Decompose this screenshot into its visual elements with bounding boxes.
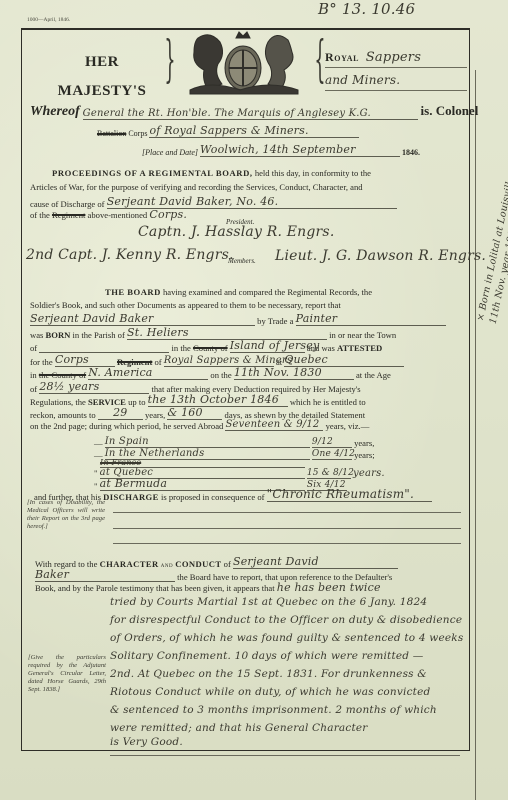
soldier-name: Serjeant David Baker — [30, 312, 255, 326]
circular-letter-note: [Give the particulars required by the Ad… — [28, 654, 106, 694]
born-line: was BORN in the Parish of St. Heliers in… — [30, 326, 396, 340]
colonel-label: is. Colonel — [421, 103, 479, 118]
abroad-label: on the 2nd page; during which period, he… — [30, 421, 223, 431]
medical-report-line — [113, 512, 461, 513]
battalion-struck: Battalion — [97, 129, 126, 138]
conduct-text: for disrespectful Conduct to the Officer… — [110, 614, 462, 626]
character-name-1: Serjeant David — [233, 555, 398, 569]
royal-corps-field-line2: and Miners. — [325, 73, 467, 91]
corps-word-value: Corps — [55, 353, 115, 367]
on-the: on the — [210, 370, 231, 380]
royal-coat-of-arms-icon — [178, 28, 308, 98]
above-mentioned: above-mentioned — [88, 210, 148, 220]
service-date-value: the 13th October 1846 — [148, 393, 288, 407]
intro-text-2: Articles of War, for the purpose of veri… — [30, 182, 363, 192]
reckon-line: reckon, amounts to 29 years, & 160 days,… — [30, 406, 365, 420]
county-line: of in the County of Island of Jersey and… — [30, 339, 382, 353]
attested-for-line: for the Corps Regiment of Royal Sappers … — [30, 353, 404, 367]
conduct-text: & sentenced to 3 months imprisonment. 2 … — [110, 704, 437, 716]
attest-place-value: Quebec — [284, 353, 404, 367]
corps-line: Battalion Corps of Royal Sappers & Miner… — [97, 124, 359, 138]
conduct-text: he has been twice — [277, 581, 381, 594]
trade-value: Painter — [296, 312, 446, 326]
corps-value: of Royal Sappers & Miners. — [149, 124, 359, 138]
whereof-label: Whereof — [30, 104, 80, 119]
age-line: of 28½ years that after making every Ded… — [30, 380, 361, 394]
brace-left-icon: } — [164, 34, 175, 84]
in-the-label: in the — [171, 343, 190, 353]
her-majestys-title: HER MAJESTY'S — [47, 48, 157, 105]
service-line: Regulations, the SERVICE up to the 13th … — [30, 393, 366, 407]
member-1-signature: 2nd Capt. J. Kenny R. Engrs. — [26, 247, 234, 263]
character-name-2: Baker — [35, 568, 175, 582]
character-line-2: Baker the Board have to report, that upo… — [35, 568, 392, 582]
abroad-unit: years. — [353, 468, 385, 479]
of-label: of — [30, 343, 37, 353]
corps-word: Corps. — [149, 208, 187, 221]
of-the: of the — [30, 210, 50, 220]
above-mentioned-line: of the Regiment above-mentioned Corps. — [30, 208, 187, 221]
abroad-item: — In Spain 9/12 years, — [94, 436, 374, 448]
president-signature: Captn. J. Hasslay R. Engrs. — [138, 224, 334, 240]
print-reference: 1000—April, 1846. — [27, 17, 70, 23]
discharge-of-line: cause of Discharge of Serjeant David Bak… — [30, 195, 397, 209]
proceedings-heading-line: PROCEEDINGS OF A REGIMENTAL BOARD, held … — [52, 168, 371, 178]
county-value: Island of Jersey — [230, 339, 305, 353]
regiment-struck: Regiment — [52, 210, 85, 220]
royal-label: Royal — [325, 50, 359, 64]
whereof-line: Whereof General the Rt. Hon'ble. The Mar… — [30, 103, 478, 120]
abroad-place: In Spain — [105, 436, 310, 448]
medical-officer-note: [In cases of Disability, the Medical Off… — [27, 499, 105, 531]
the-board-heading: THE BOARD — [105, 287, 161, 297]
parish-value: St. Heliers — [127, 326, 327, 340]
character-text-2: Book, and by the Parole testimony that h… — [35, 583, 275, 593]
reference-number: B° 13. 10.46 — [318, 0, 415, 18]
members-label: Members. — [228, 257, 256, 265]
royal-corps-field: Royal Sappers — [325, 50, 467, 68]
character-line-3: Book, and by the Parole testimony that h… — [35, 581, 381, 594]
conduct-text: were remitted; and that his General Char… — [110, 722, 368, 734]
abroad-unit: years, — [354, 438, 374, 448]
brace-right-icon: { — [314, 34, 325, 84]
character-line: With regard to the CHARACTER and CONDUCT… — [35, 555, 398, 569]
attested-pre: and was — [307, 343, 335, 353]
abroad-duration: 9/12 — [312, 437, 352, 448]
margin-rule — [475, 70, 476, 800]
abroad-value: Seventeen & 9/12 — [225, 419, 323, 431]
proceedings-heading: PROCEEDINGS OF A REGIMENTAL BOARD, — [52, 168, 253, 178]
member-2-signature: Lieut. J. G. Dawson R. Engrs. — [275, 248, 486, 264]
attest-date-line: in the County of N. America on the 11th … — [30, 366, 391, 380]
title-line-1: HER — [47, 48, 157, 77]
year: 1846. — [402, 148, 420, 157]
years-value: 29 — [98, 406, 143, 420]
medical-report-line — [113, 543, 461, 544]
discharge-reason: "Chronic Rheumatism". — [267, 487, 432, 502]
conduct-text: Riotous Conduct while on duty, of which … — [110, 686, 430, 698]
abroad-unit: years; — [354, 450, 375, 460]
board-report-line-2: Soldier's Book, and such other Documents… — [30, 300, 341, 310]
county-struck-2: the County of — [39, 370, 86, 380]
corps-label: Corps — [128, 129, 147, 138]
attested-label: ATTESTED — [337, 343, 382, 353]
royal-value: Sappers — [366, 50, 421, 65]
conduct-blank-line — [110, 755, 460, 756]
country-value: N. America — [88, 366, 208, 380]
medical-report-line — [113, 528, 461, 529]
discharge-label: DISCHARGE — [103, 492, 159, 502]
age-label: at the Age — [356, 370, 391, 380]
conduct-text: Solitary Confinement. 10 days of which w… — [110, 650, 423, 662]
abroad-duration: One 4/12 — [312, 449, 352, 460]
discharge-mid: is proposed in consequence of — [161, 492, 265, 502]
conduct-text: is Very Good. — [110, 736, 183, 748]
title-line-2: MAJESTY'S — [47, 77, 157, 106]
place-date-value: Woolwich, 14th September — [200, 143, 400, 157]
trade-label: by Trade a — [257, 316, 293, 326]
abroad-prefix: — — [94, 438, 103, 448]
county-struck: County of — [193, 343, 228, 353]
place-date-line: [Place and Date] Woolwich, 14th Septembe… — [142, 143, 420, 157]
board-report-line-1: THE BOARD having examined and compared t… — [105, 287, 372, 297]
in-word: in — [30, 370, 37, 380]
age-value: 28½ years — [39, 380, 149, 394]
soldier-name-rank: Serjeant David Baker, No. 46. — [107, 195, 397, 209]
place-date-label: [Place and Date] — [142, 148, 198, 157]
conduct-text: of Orders, of which he was found guilty … — [110, 632, 463, 644]
conduct-text: 2nd. At Quebec on the 15 Sept. 1831. For… — [110, 668, 427, 680]
document-page: 1000—April, 1846. B° 13. 10.46 HER MAJES… — [0, 0, 508, 800]
margin-annotation: × Born in Lolital at Louisville on the 1… — [475, 94, 508, 326]
abroad-line: on the 2nd page; during which period, he… — [30, 419, 369, 431]
board-text-1: having examined and compared the Regimen… — [163, 287, 372, 297]
name-trade-line: Serjeant David Baker by Trade a Painter — [30, 312, 446, 326]
attest-date-value: 11th Nov. 1830 — [234, 366, 354, 380]
abroad-post: years, viz.— — [326, 421, 370, 431]
intro-text-1: held this day, in conformity to the — [255, 168, 371, 178]
days-value: & 160 — [167, 406, 222, 420]
conduct-text: tried by Courts Martial 1st at Quebec on… — [110, 596, 427, 608]
colonel-name: General the Rt. Hon'ble. The Marquis of … — [83, 108, 418, 120]
